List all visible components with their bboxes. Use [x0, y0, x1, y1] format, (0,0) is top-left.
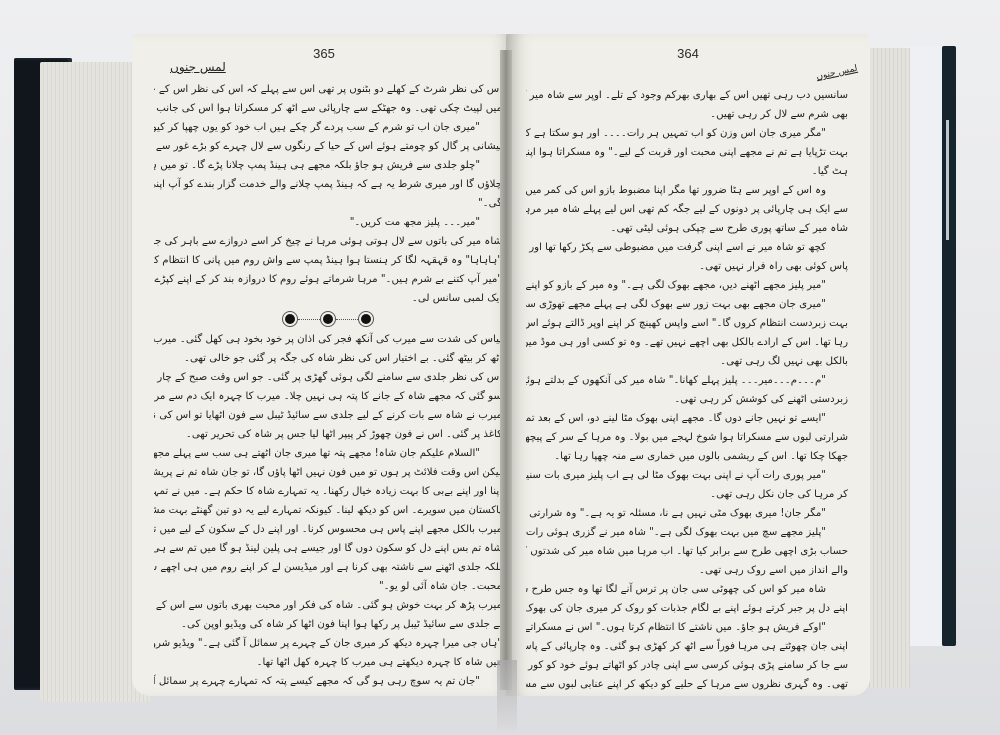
- text-line: سے ایک ہی چارپائی پر دونوں کے لیے جگہ کم…: [526, 200, 848, 219]
- text-line: تھی۔ وہ گہری نظروں سے مرہا کے حلیے کو دی…: [526, 675, 848, 694]
- text-line: شاہ تم بس اپنے دل کو سکون دوں گا اور جیس…: [154, 539, 502, 558]
- text-line: "میر۔۔۔ پلیز مجھ مت کریں۔": [154, 213, 502, 232]
- text-line: ہٹ گیا۔: [526, 162, 848, 181]
- text-line: "ایسے تو نہیں جانے دوں گا۔ مجھے اپنی بھو…: [526, 409, 848, 428]
- text-line: اپنا اور اپنے بےبی کا بہت زیادہ خیال رکھ…: [154, 482, 502, 501]
- text-line: پاکستان میں سویرے۔ اس کو دیکھ لینا۔ کیون…: [154, 501, 502, 520]
- text-line: شاہ میر کی باتوں سے لال ہوتی ہوئی مرہا ن…: [154, 232, 502, 251]
- text-line: بہت زبردست انتظام کروں گا۔" اسے واپس کھی…: [526, 314, 848, 333]
- text-line: رہا تھا۔ اس کے ارادے بالکل بھی اچھے نہیں…: [526, 333, 848, 352]
- running-header: لمس جنوں: [170, 60, 226, 74]
- running-header: لمس جنوں: [816, 64, 859, 82]
- text-line: اپنی جان چھوٹتے ہی مرہا فوراً سے اٹھ کر …: [526, 637, 848, 656]
- text-line: بھی شرم سے لال کر رہی تھیں۔: [526, 105, 848, 124]
- text-line: اٹھ کر بیٹھ گئی۔ بے اختیار اس کی نظر شاہ…: [154, 349, 502, 368]
- text-line: نے جلدی سے سائیڈ ٹیبل پر رکھا ہوا اپنا ف…: [154, 615, 502, 634]
- text-line: پیشانی پر گال کو چومتے ہوئے اس کے حیا کے…: [154, 137, 502, 156]
- book-gutter: [500, 50, 512, 690]
- text-line: پیاس کی شدت سے میرب کی آنکھ فجر کی اذان …: [154, 330, 502, 349]
- book-front-cover: [942, 46, 956, 646]
- text-line: والے انداز میں اسے روک رہی تھی۔: [526, 561, 848, 580]
- text-line: میرب نے شاہ سے بات کرنے کے لیے جلدی سے س…: [154, 406, 502, 425]
- text-line: "چلو جلدی سے فریش ہو جاؤ بلکہ مجھے ہی ہی…: [154, 156, 502, 175]
- text-line: "میری جان اب تو شرم کے سب پردے گر چکے ہی…: [154, 118, 502, 137]
- text-line: کاغذ پر گئی۔ اس نے فون چھوڑ کر پیپر اٹھا…: [154, 425, 502, 444]
- text-line: کر مرہا کی جان نکل رہی تھی۔: [526, 485, 848, 504]
- text-line: اس کی نظر شرٹ کے کھلے دو بٹنوں پر تھی اس…: [154, 80, 502, 99]
- text-line: "میر پلیز مجھے اٹھنے دیں، مجھے بھوک لگی …: [526, 276, 848, 295]
- text-line: "مگر جان! میری بھوک مٹی نہیں ہے نا، مسئل…: [526, 504, 848, 523]
- text-line: "میر پوری رات آپ نے اپنی بہت بھوک مٹا لی…: [526, 466, 848, 485]
- text-line: شاہ میر کے ساتھ پوری طرح سے چپکی ہوئی لی…: [526, 219, 848, 238]
- cover-glare: [946, 120, 949, 240]
- text-line: سو گئی کہ مجھے شاہ کے جانے کا پتہ ہی نہی…: [154, 387, 502, 406]
- page-left[interactable]: 365 لمس جنوں اس کی نظر شرٹ کے کھلے دو بٹ…: [132, 34, 516, 696]
- text-line: محبت۔ جان شاہ آئی لو یو۔": [154, 577, 502, 596]
- text-line: شاہ میر کو اس کی چھوٹی سی جان پر ترس آنے…: [526, 580, 848, 599]
- text-line: سے جا کر سامنے پڑی ہوئی کرسی سے اپنی چاد…: [526, 656, 848, 675]
- spine-shadow: [497, 660, 517, 730]
- text-line: شرارتی لبوں سے مسکراتا ہوا شوخ لہجے میں …: [526, 428, 848, 447]
- text-line: پاس کوئی بھی راہ فرار نہیں تھی۔: [526, 257, 848, 276]
- text-line: "ہاں جی میرا چہرہ دیکھ کر میری جان کے چہ…: [154, 634, 502, 653]
- text-line: جھکا چکا تھا۔ اس کے ریشمی بالوں میں خمار…: [526, 447, 848, 466]
- text-line: گی۔": [154, 194, 502, 213]
- text-line: بلکہ جلدی اٹھنے سے ناشتہ بھی کرنا ہے اور…: [154, 558, 502, 577]
- text-line: چلاؤں گا اور میری شرط یہ ہے کہ ہینڈ پمپ …: [154, 175, 502, 194]
- text-line: زبردستی اٹھنے کی کوشش کر رہی تھی۔: [526, 390, 848, 409]
- text-line: "السلام علیکم جان شاہ! مجھے پتہ تھا میری…: [154, 444, 502, 463]
- text-line: بالکل بھی نہیں لگ رہی تھی۔: [526, 352, 848, 371]
- page-number: 365: [132, 46, 516, 61]
- text-line: "اوکے فریش ہو جاؤ۔ میں ناشتے کا انتظام ک…: [526, 618, 848, 637]
- text-line: اپنے دل پر جبر کرتے ہوئے اپنے بے لگام جذ…: [526, 599, 848, 618]
- text-line: لیکن اس وقت فلائٹ پر ہوں تو میں فون نہیں…: [154, 463, 502, 482]
- page-body-text: سانسیں دب رہی تھیں اس کے بھاری بھرکم وجو…: [526, 86, 848, 694]
- text-line: "میر آپ کتنے بے شرم ہیں۔" مرہا شرماتے ہو…: [154, 270, 502, 289]
- text-line: "ہاہاہا" وہ قہقہہ لگا کر ہنستا ہوا ہینڈ …: [154, 251, 502, 270]
- text-line: میں لپیٹ چکی تھی۔ وہ جھٹکے سے چارپائی سے…: [154, 99, 502, 118]
- text-line: "م۔۔۔م۔۔۔میر۔۔۔ پلیز پہلے کھانا۔" شاہ می…: [526, 371, 848, 390]
- text-line: "میری جان مجھے بھی بہت زور سے بھوک لگی ہ…: [526, 295, 848, 314]
- text-line: میرب پڑھ کر بہت خوش ہو گئی۔ شاہ کی فکر ا…: [154, 596, 502, 615]
- page-right[interactable]: 364 لمس جنوں سانسیں دب رہی تھیں اس کے بھ…: [506, 34, 870, 696]
- text-line: "پلیز مجھے سچ میں بہت بھوک لگی ہے۔" شاہ …: [526, 523, 848, 542]
- text-line: اس کی نظر جلدی سے سامنے لگی ہوئی گھڑی پر…: [154, 368, 502, 387]
- section-separator: [154, 308, 502, 330]
- text-line: "جان تم یہ سوچ رہی ہو گی کہ مجھے کیسے پت…: [154, 672, 502, 691]
- text-line: حساب بڑی اچھی طرح سے برابر کیا تھا۔ اب م…: [526, 542, 848, 561]
- text-line: بہت تڑپایا ہے تم نے مجھے اپنی محبت اور ق…: [526, 143, 848, 162]
- page-number: 364: [506, 46, 870, 61]
- book-endpaper: [905, 46, 945, 646]
- text-line: میرب بالکل مجھے اپنے پاس ہی محسوس کرنا۔ …: [154, 520, 502, 539]
- text-line: وہ اس کے اوپر سے ہٹا ضرور تھا مگر اپنا م…: [526, 181, 848, 200]
- text-line: ایک لمبی سانس لی۔: [154, 289, 502, 308]
- ornament-dot-icon: [361, 314, 371, 324]
- page-body-text: اس کی نظر شرٹ کے کھلے دو بٹنوں پر تھی اس…: [154, 80, 502, 691]
- text-line: "مگر میری جان اس وزن کو اب تمہیں ہر رات۔…: [526, 124, 848, 143]
- ornament-dot-icon: [323, 314, 333, 324]
- text-line: سانسیں دب رہی تھیں اس کے بھاری بھرکم وجو…: [526, 86, 848, 105]
- text-line: میں شاہ کا چہرہ دیکھتے ہی میرب کا چہرہ ک…: [154, 653, 502, 672]
- text-line: کچھ تو شاہ میر نے اسے اپنی گرفت میں مضبو…: [526, 238, 848, 257]
- ornament-dot-icon: [285, 314, 295, 324]
